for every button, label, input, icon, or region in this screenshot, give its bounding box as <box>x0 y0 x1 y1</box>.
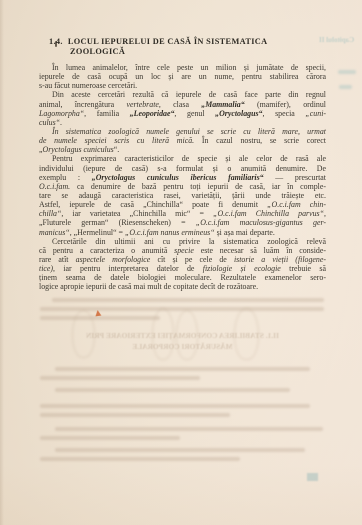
text-run: „O.c.i.fam Chinchilla parvus“ <box>213 209 324 218</box>
text-line: că pentru a caracteriza o anumită specie… <box>39 246 326 255</box>
bleedthrough-figure-ghost <box>176 310 198 360</box>
text-run: În cazul nostru, se scrie corect <box>194 136 326 145</box>
text-run: tice) <box>39 264 53 273</box>
text-run: „Oryctolagus cuniculus ibericus familiar… <box>92 173 264 182</box>
text-run: trebuie să <box>281 264 326 273</box>
text-run: (mamifer), ordinul <box>245 100 326 109</box>
bleedthrough-text-line <box>40 316 160 320</box>
text-line: iepurele de casă ocupă un loc și are un … <box>39 72 326 81</box>
scanned-book-page: Capitolul II II.1. STABILIREA CONFORMAȚI… <box>0 0 362 525</box>
bleedthrough-figure-ghost <box>152 308 174 360</box>
text-run: Pentru exprimarea caracteristicilor de s… <box>52 154 326 163</box>
text-run: „O.c.i.fam nanus ermineus“ <box>125 228 215 237</box>
bleedthrough-section-heading: II.1. STABILIREA CONFORMAȚIEI EXTERIOARE… <box>40 331 325 352</box>
bleedthrough-figure-ghost <box>72 310 95 358</box>
section-title-text: LOCUL IEPURELUI DE CASĂ ÎN SISTEMATICA <box>68 37 268 46</box>
text-run: „cuni- <box>305 109 326 118</box>
text-run: Cercetările din ultimii ani cu privire l… <box>52 237 326 246</box>
text-run: , <box>324 209 326 218</box>
text-line: ținem seama de datele biologiei molecula… <box>39 273 326 282</box>
text-run: „Leoporidae“ <box>130 109 175 118</box>
text-run: ținem seama de datele biologiei molecula… <box>39 273 326 282</box>
text-run: este necesar să luăm în conside- <box>194 246 326 255</box>
text-run: de numele speciei scris cu literă mică. <box>39 136 194 145</box>
text-run: , genul <box>174 109 215 118</box>
text-line: culus“. <box>39 118 326 127</box>
bleedthrough-text-line <box>40 404 310 408</box>
text-run: , iar pentru interpretarea datelor de <box>53 264 203 273</box>
text-line: de numele speciei scris cu literă mică. … <box>39 136 326 145</box>
bleedthrough-margin-smudge <box>338 70 356 74</box>
text-line: logice apropie iepurii de casă mai mult … <box>39 282 326 291</box>
text-line: animal, încrengătura vertebrate, clasa „… <box>39 100 326 109</box>
text-run: fiziologie și ecologie <box>203 264 281 273</box>
text-run: animal, încrengătura <box>39 100 126 109</box>
text-run: , „Hermelinul“ = <box>70 228 125 237</box>
text-run: Oryctolagus cuniculus <box>43 145 114 154</box>
text-run: că pentru a caracteriza o anumită <box>39 246 174 255</box>
text-run: , iar varietatea „Chinchilla mic“ = <box>61 209 213 218</box>
text-run: individului (iepure de casă) s-a formula… <box>39 164 326 173</box>
section-title-line2: ZOOLOGICĂ <box>70 47 329 57</box>
text-run: “. <box>114 145 119 154</box>
bleedthrough-text-line <box>40 307 324 311</box>
paragraph: Pentru exprimarea caracteristicilor de s… <box>39 154 326 236</box>
text-run: tare se adaugă caracteristica rasei, var… <box>39 191 326 200</box>
bleedthrough-text-line <box>52 298 324 302</box>
text-run: s-au făcut numeroase cercetări. <box>39 81 137 90</box>
bleedthrough-text-line <box>55 388 290 392</box>
text-run: „O.c.i.fam chin- <box>267 200 326 209</box>
text-line: Pentru exprimarea caracteristicilor de s… <box>39 154 326 163</box>
text-run: culus“ <box>39 118 60 127</box>
text-line: O.c.i.fam. ca denumire de bază pentru to… <box>39 182 326 191</box>
text-run: și așa mai departe. <box>215 228 275 237</box>
text-run: „Mammalia“ <box>201 100 244 109</box>
text-run: manicus“ <box>39 228 70 237</box>
bleedthrough-figure-ghost <box>234 308 259 360</box>
text-run: logice apropie iepurii de casă mai mult … <box>39 282 258 291</box>
paragraph: Cercetările din ultimii ani cu privire l… <box>39 237 326 292</box>
text-run: vertebrate <box>126 100 158 109</box>
bleedthrough-text-line <box>55 448 305 452</box>
text-run: „Fluturele german“ (Riesenscheken) = <box>39 218 196 227</box>
text-line: tare se adaugă caracteristica rasei, var… <box>39 191 326 200</box>
text-line: tice), iar pentru interpretarea datelor … <box>39 264 326 273</box>
text-run: O.c.i.fam. <box>39 182 70 191</box>
bleedthrough-heading-line1: II.1. STABILIREA CONFORMAȚIEI EXTERIOARE… <box>86 331 279 340</box>
bleedthrough-margin-smudge <box>339 85 352 89</box>
bleedthrough-text-line <box>40 413 230 417</box>
text-line: „Oryctolagus cuniculus“. <box>39 145 326 154</box>
text-run: În lumea animalelor, între cele peste un… <box>52 63 326 72</box>
text-run: Lagomorpha“ <box>39 109 84 118</box>
text-line: Cercetările din ultimii ani cu privire l… <box>39 237 326 246</box>
bleedthrough-text-line <box>55 427 323 431</box>
text-run: rare atît <box>39 255 76 264</box>
bleedthrough-text-line <box>40 457 240 461</box>
text-line: Astfel, iepurele de casă „Chinchilla“ po… <box>39 200 326 209</box>
paragraph: În sistematica zoologică numele genului … <box>39 127 326 154</box>
text-run: ca denumire de bază pentru toți iepurii … <box>70 182 326 191</box>
text-run: — prescurtat <box>264 173 326 182</box>
bleedthrough-text-line <box>40 436 180 440</box>
text-line: exemplu : „Oryctolagus cuniculus ibericu… <box>39 173 326 182</box>
section-number: 1.4. <box>49 37 63 46</box>
text-run: specie <box>174 246 194 255</box>
text-run: iepurele de casă ocupă un loc și are un … <box>39 72 326 81</box>
ink-mark <box>95 310 102 317</box>
text-run: chilla“ <box>39 209 61 218</box>
text-run: Din aceste cercetări rezultă că iepurele… <box>52 90 326 99</box>
paragraph: Din aceste cercetări rezultă că iepurele… <box>39 90 326 127</box>
text-line: s-au făcut numeroase cercetări. <box>39 81 326 90</box>
text-line: individului (iepure de casă) s-a formula… <box>39 164 326 173</box>
text-run: În sistematica zoologică numele genului … <box>52 127 326 136</box>
text-run: Astfel, iepurele de casă „Chinchilla“ po… <box>39 200 267 209</box>
section-heading: 1.4.LOCUL IEPURELUI DE CASĂ ÎN SISTEMATI… <box>49 37 329 57</box>
body-text: În lumea animalelor, între cele peste un… <box>39 63 326 292</box>
text-run: „Oryctolagus“ <box>215 109 262 118</box>
text-run: , familia <box>84 109 130 118</box>
text-line: În lumea animalelor, între cele peste un… <box>39 63 326 72</box>
bleedthrough-heading-line2: MĂSURĂTORI CORPORALE <box>132 342 232 351</box>
text-run: istorie a vieții (filogene- <box>234 255 326 264</box>
text-line: chilla“, iar varietatea „Chinchilla mic“… <box>39 209 326 218</box>
text-run: , clasa <box>159 100 201 109</box>
paragraph: În lumea animalelor, între cele peste un… <box>39 63 326 90</box>
text-run: , specia <box>263 109 306 118</box>
text-line: Din aceste cercetări rezultă că iepurele… <box>39 90 326 99</box>
text-line: Lagomorpha“, familia „Leoporidae“, genul… <box>39 109 326 118</box>
text-line: În sistematica zoologică numele genului … <box>39 127 326 136</box>
text-run: . <box>60 118 62 127</box>
page-edge-shadow <box>0 0 4 525</box>
text-run: „O.c.i.fam maculosus-gigantus ger- <box>196 218 326 227</box>
text-run: aspectele morfologice <box>76 255 151 264</box>
bleedthrough-text-line <box>40 376 200 380</box>
section-title-line1: 1.4.LOCUL IEPURELUI DE CASĂ ÎN SISTEMATI… <box>49 37 329 47</box>
text-line: rare atît aspectele morfologice cît și p… <box>39 255 326 264</box>
text-line: manicus“, „Hermelinul“ = „O.c.i.fam nanu… <box>39 228 326 237</box>
bleedthrough-text-line <box>55 367 310 371</box>
text-line: „Fluturele german“ (Riesenscheken) = „O.… <box>39 218 326 227</box>
page-bottom-tint <box>0 465 362 525</box>
text-run: exemplu : <box>39 173 92 182</box>
text-run: cît și pe cele de <box>150 255 234 264</box>
